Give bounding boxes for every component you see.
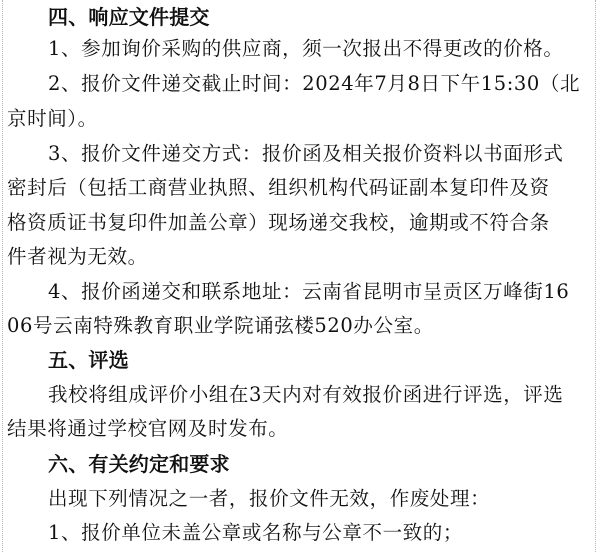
paragraph-6-intro-line-1: 出现下列情况之一者，报价文件无效，作废处理：	[48, 484, 490, 514]
section-heading-4: 四、响应文件提交	[48, 2, 210, 32]
paragraph-4-3-line-3: 格资质证书复印件加盖公章）现场递交我校，逾期或不符合条	[7, 208, 550, 238]
document-page: 四、响应文件提交 1、参加询价采购的供应商，须一次报出不得更改的价格。 2、报价…	[2, 0, 596, 552]
paragraph-4-1-line-1: 1、参加询价采购的供应商，须一次报出不得更改的价格。	[48, 34, 564, 64]
paragraph-4-2-line-1: 2、报价文件递交截止时间：2024年7月8日下午15:30（北	[48, 69, 580, 99]
paragraph-5-1-line-2: 结果将通过学校官网及时发布。	[7, 414, 288, 444]
paragraph-5-1-line-1: 我校将组成评价小组在3天内对有效报价函进行评选，评选	[48, 380, 564, 410]
paragraph-4-4-line-2: 06号云南特殊教育职业学院诵弦楼520办公室。	[7, 311, 434, 341]
paragraph-6-1-line-1: 1、报价单位未盖公章或名称与公章不一致的；	[48, 518, 463, 548]
paragraph-4-2-line-2: 京时间）。	[7, 104, 98, 134]
paragraph-4-3-line-4: 件者视为无效。	[7, 242, 148, 272]
paragraph-4-3-line-1: 3、报价文件递交方式：报价函及相关报价资料以书面形式	[48, 139, 564, 169]
section-heading-6: 六、有关约定和要求	[48, 449, 230, 479]
section-heading-5: 五、评选	[48, 345, 129, 375]
paragraph-4-3-line-2: 密封后（包括工商营业执照、组织机构代码证副本复印件及资	[7, 173, 550, 203]
paragraph-4-4-line-1: 4、报价函递交和联系地址：云南省昆明市呈贡区万峰街16	[48, 277, 569, 307]
